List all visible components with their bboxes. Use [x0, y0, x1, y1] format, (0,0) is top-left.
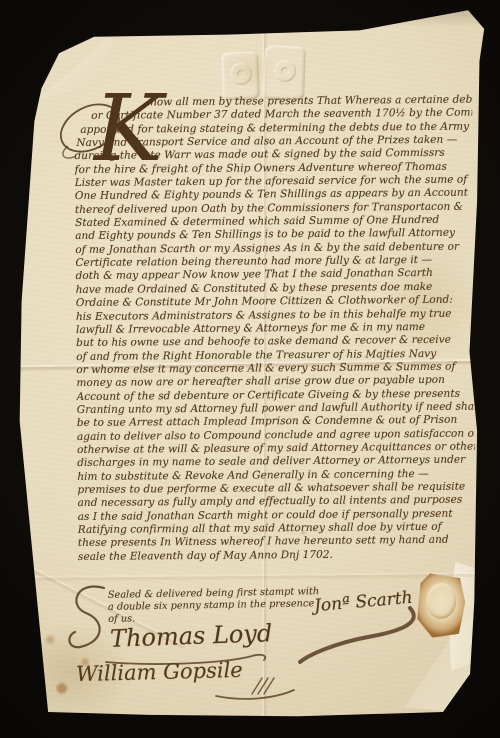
paper-edge-vignette [14, 6, 488, 722]
paper-sheet: K now all men by these presents That Whe… [14, 6, 488, 722]
photograph-of-manuscript: K now all men by these presents That Whe… [0, 0, 500, 738]
